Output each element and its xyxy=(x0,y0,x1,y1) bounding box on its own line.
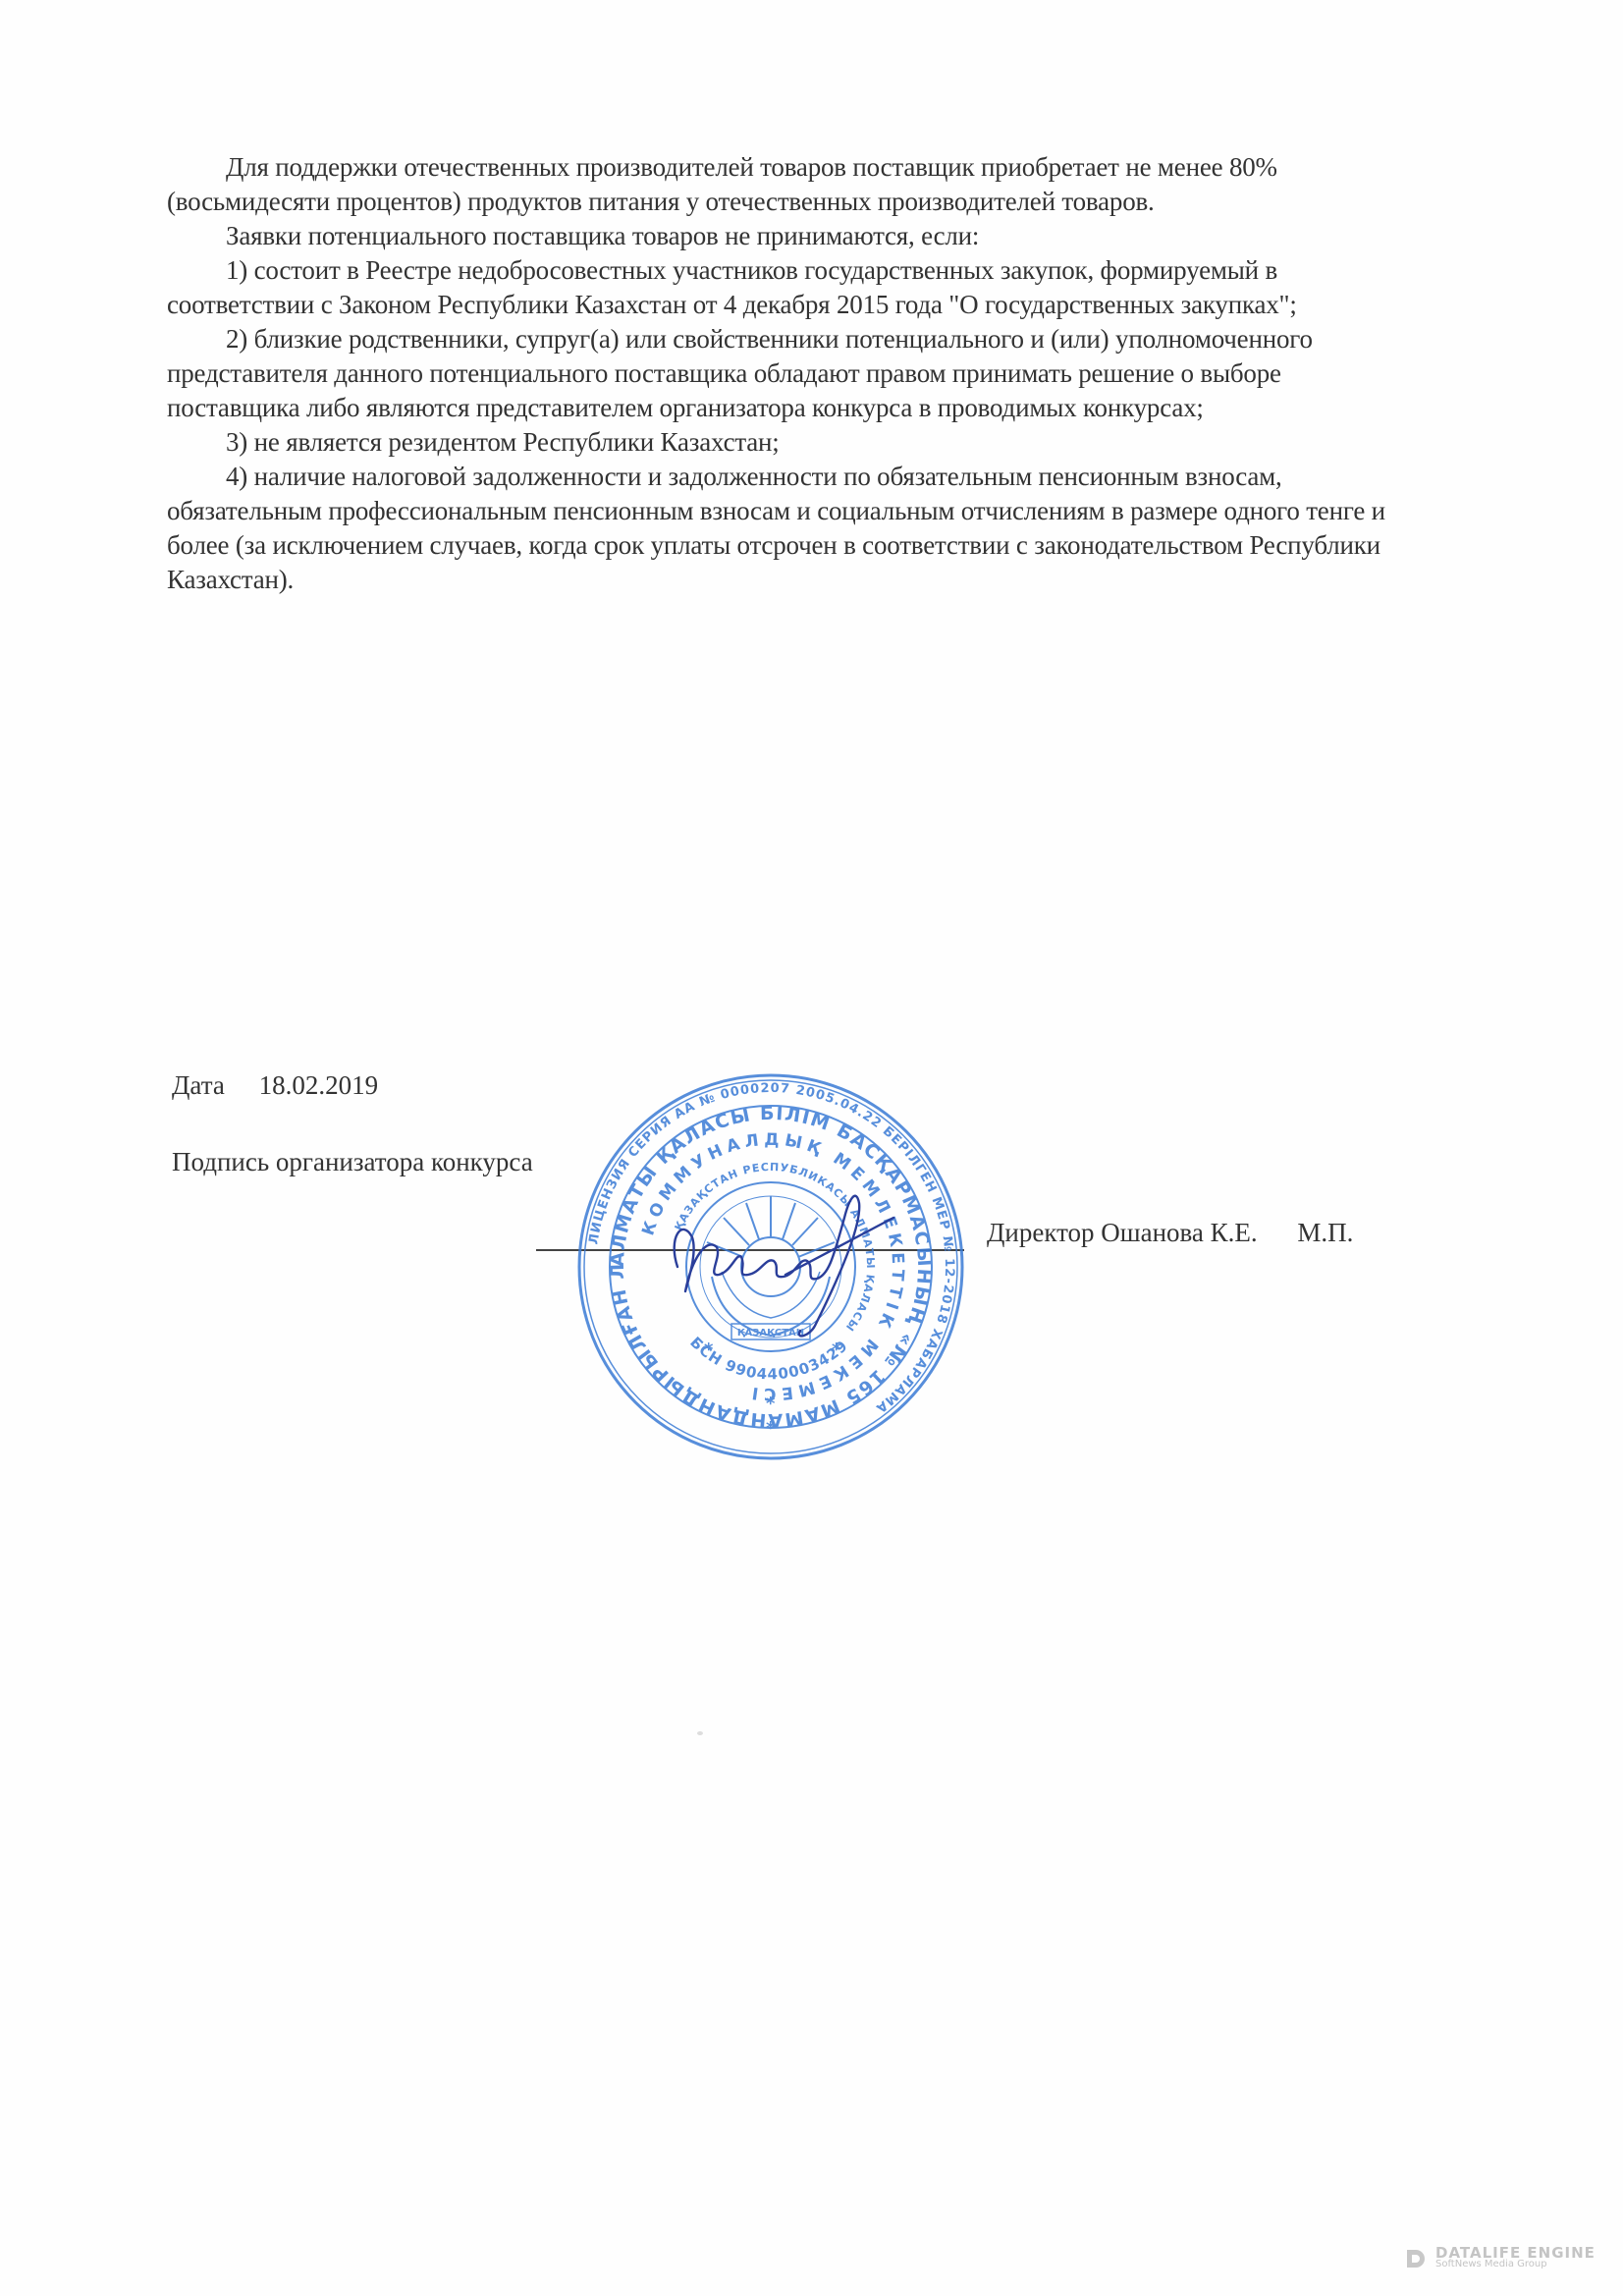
watermark-title: DATALIFE ENGINE xyxy=(1435,2247,1596,2259)
director-line: Директор Ошанова К.Е. М.П. xyxy=(987,1218,1353,1248)
handwritten-signature xyxy=(638,1159,903,1355)
text-line: обязательным профессиональным пенсионным… xyxy=(167,494,1492,528)
date-label: Дата xyxy=(172,1070,225,1100)
text-line: Казахстан). xyxy=(167,563,1492,597)
watermark: DATALIFE ENGINE SoftNews Media Group xyxy=(1404,2247,1596,2270)
svg-text:*: * xyxy=(766,1394,776,1414)
watermark-subtitle: SoftNews Media Group xyxy=(1435,2259,1596,2270)
scan-speck xyxy=(697,1731,703,1735)
paragraph: Заявки потенциального поставщика товаров… xyxy=(226,219,1492,253)
seal-mark: М.П. xyxy=(1297,1218,1353,1247)
paragraph: Для поддержки отечественных производител… xyxy=(226,150,1492,219)
date-row: Дата 18.02.2019 xyxy=(172,1070,378,1101)
text-line: представителя данного потенциального пос… xyxy=(167,356,1492,391)
director-name: Директор Ошанова К.Е. xyxy=(987,1218,1258,1247)
text-line: соответствии с Законом Республики Казахс… xyxy=(167,288,1492,322)
paragraph: 2) близкие родственники, супруг(а) или с… xyxy=(226,322,1492,425)
text-line: поставщика либо являются представителем … xyxy=(167,391,1492,425)
text-line: 4) наличие налоговой задолженности и зад… xyxy=(226,460,1492,494)
text-line: 2) близкие родственники, супруг(а) или с… xyxy=(226,322,1492,356)
text-line: Для поддержки отечественных производител… xyxy=(226,150,1492,185)
text-line: (восьмидесяти процентов) продуктов питан… xyxy=(167,185,1492,219)
text-line: 1) состоит в Реестре недобросовестных уч… xyxy=(226,253,1492,288)
document-body: Для поддержки отечественных производител… xyxy=(226,150,1492,597)
datalife-logo-icon xyxy=(1404,2247,1428,2270)
text-line: Заявки потенциального поставщика товаров… xyxy=(226,219,1492,253)
text-line: более (за исключением случаев, когда сро… xyxy=(167,528,1492,563)
text-line: 3) не является резидентом Республики Каз… xyxy=(226,425,1492,460)
paragraph: 1) состоит в Реестре недобросовестных уч… xyxy=(226,253,1492,322)
document-page: Для поддержки отечественных производител… xyxy=(0,0,1623,2296)
signature-label: Подпись организатора конкурса xyxy=(172,1147,533,1177)
date-value: 18.02.2019 xyxy=(259,1070,379,1100)
svg-text:*: * xyxy=(766,1418,776,1439)
paragraph: 3) не является резидентом Республики Каз… xyxy=(226,425,1492,460)
paragraph: 4) наличие налоговой задолженности и зад… xyxy=(226,460,1492,597)
